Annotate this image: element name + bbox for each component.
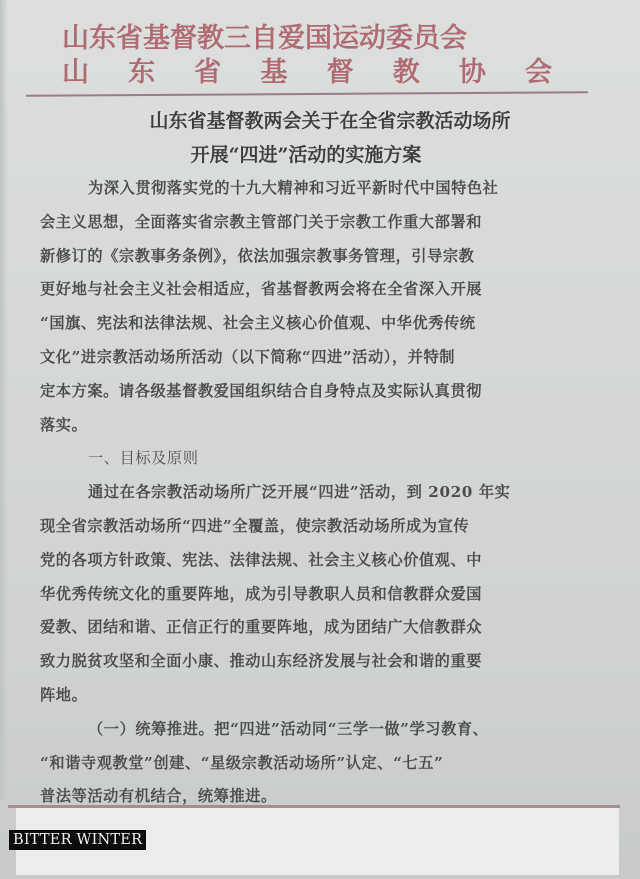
letterhead: 山东省基督教三自爱国运动委员会 山 东 省 基 督 教 协 会 [62, 22, 562, 90]
section-heading: 一、目标及原则 [40, 442, 588, 476]
body-line: 爱教、团结和谐、正信正行的重要阵地，成为团结广大信教群众 [40, 611, 588, 645]
letterhead-divider [26, 91, 588, 96]
body-line: 通过在各宗教活动场所广泛开展“四进”活动，到 2020 年实 [40, 476, 588, 510]
body-line: 现全省宗教活动场所“四进”全覆盖，使宗教活动场所成为宣传 [40, 510, 588, 544]
body-line: 落实。 [40, 409, 588, 443]
letterhead-char: 督 [327, 56, 354, 90]
body-line: 为深入贯彻落实党的十九大精神和习近平新时代中国特色社 [40, 172, 588, 206]
body-line: 党的各项方针政策、宪法、法律法规、社会主义核心价值观、中 [40, 544, 588, 578]
letterhead-char: 山 [62, 56, 89, 90]
letterhead-char: 省 [194, 56, 221, 90]
body-line: “和谐寺观教堂”创建、“星级宗教活动场所”认定、“七五” [40, 747, 588, 781]
letterhead-committee-name: 山东省基督教三自爱国运动委员会 [62, 22, 562, 56]
document-body: 为深入贯彻落实党的十九大精神和习近平新时代中国特色社 会主义思想，全面落实省宗教… [40, 172, 588, 814]
body-line: “国旗、宪法和法律法规、社会主义核心价值观、中华优秀传统 [40, 307, 588, 341]
body-line: 会主义思想，全面落实省宗教主管部门关于宗教工作重大部署和 [40, 206, 588, 240]
document-title-line-1: 山东省基督教两会关于在全省宗教活动场所 [10, 106, 640, 133]
subsection-line: （一）统筹推进。把“四进”活动同“三学一做”学习教育、 [40, 713, 588, 747]
body-line: 定本方案。请各级基督教爱国组织结合自身特点及实际认真贯彻 [40, 375, 588, 409]
body-line: 更好地与社会主义社会相适应，省基督教两会将在全省深入开展 [40, 273, 588, 307]
letterhead-association-name: 山 东 省 基 督 教 协 会 [62, 56, 552, 90]
letterhead-char: 协 [459, 56, 486, 90]
body-line: 致力脱贫攻坚和全面小康、推动山东经济发展与社会和谐的重要 [40, 645, 588, 679]
body-line: 新修订的《宗教事务条例》，依法加强宗教事务管理，引导宗教 [40, 240, 588, 274]
letterhead-char: 教 [393, 56, 420, 90]
bitter-winter-watermark: BITTER WINTER [9, 830, 146, 850]
body-line: 文化”进宗教活动场所活动（以下简称“四进”活动），并特制 [40, 341, 588, 375]
document-title-line-2: 开展“四进”活动的实施方案 [0, 140, 626, 167]
document-photo: 山东省基督教三自爱国运动委员会 山 东 省 基 督 教 协 会 山东省基督教两会… [0, 0, 640, 879]
body-line: 华优秀传统文化的重要阵地，成为引导教职人员和信教群众爱国 [40, 578, 588, 612]
body-line: 阵地。 [40, 679, 588, 713]
letterhead-char: 基 [260, 56, 287, 90]
letterhead-char: 东 [128, 56, 155, 90]
letterhead-char: 会 [525, 56, 552, 90]
